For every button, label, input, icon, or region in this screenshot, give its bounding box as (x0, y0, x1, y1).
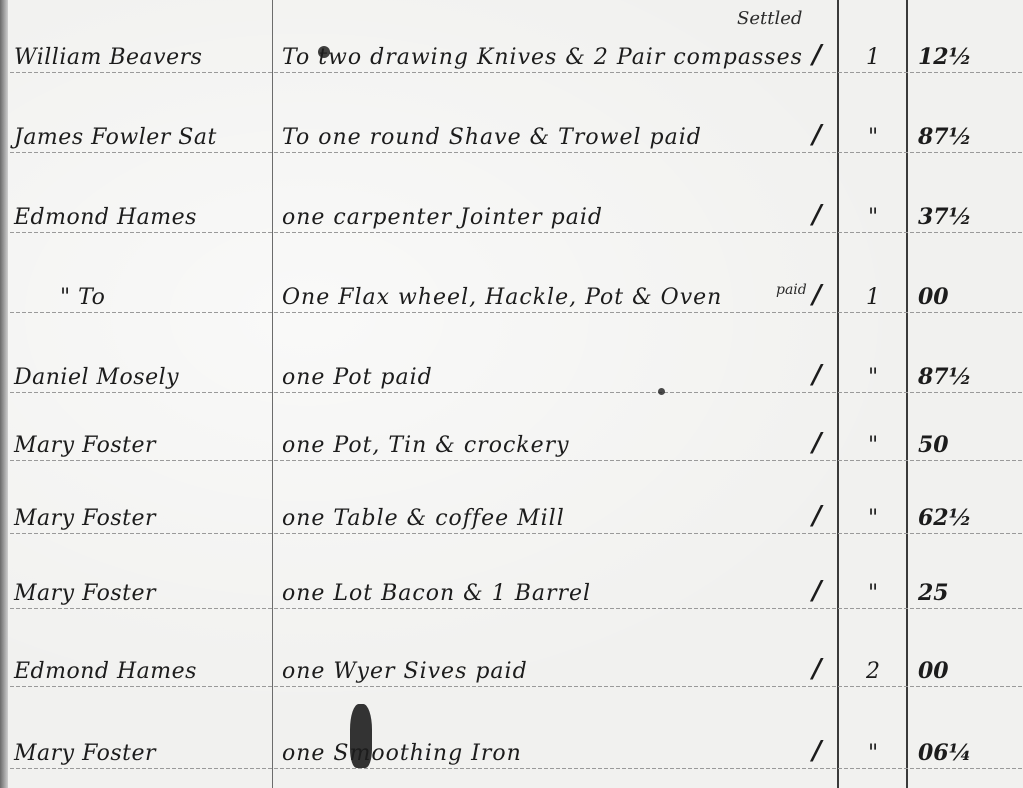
entry-name: Mary Foster (14, 433, 268, 458)
settled-mark: / (812, 654, 822, 684)
entry-cents: 00 (918, 658, 1008, 684)
settled-mark: / (812, 200, 822, 230)
settled-mark: / (812, 501, 822, 531)
entry-cents: 62½ (918, 505, 1008, 531)
entry-cents: 06¼ (918, 740, 1008, 766)
ledger-entry: Mary Foster one Lot Bacon & 1 Barrel / "… (0, 550, 1023, 610)
entry-name: " To (60, 285, 314, 310)
entry-dollars: " (848, 581, 898, 606)
settled-mark: / (812, 120, 822, 150)
entry-cents: 12½ (918, 44, 1008, 70)
ledger-entry: Mary Foster one Smoothing Iron / " 06¼ (0, 710, 1023, 770)
entry-name: Mary Foster (14, 741, 268, 766)
settled-mark: / (812, 428, 822, 458)
entry-name: Mary Foster (14, 506, 268, 531)
ledger-entry: William Beavers To two drawing Knives & … (0, 14, 1023, 74)
entry-item: one Pot paid (282, 365, 802, 390)
entry-dollars: " (848, 205, 898, 230)
entry-item: one Lot Bacon & 1 Barrel (282, 581, 802, 606)
entry-name: James Fowler Sat (14, 125, 268, 150)
entry-cents: 87½ (918, 364, 1008, 390)
entry-dollars: " (848, 741, 898, 766)
entry-name: Edmond Hames (14, 205, 268, 230)
entry-dollars: " (848, 433, 898, 458)
entry-name: Mary Foster (14, 581, 268, 606)
entry-name: Daniel Mosely (14, 365, 268, 390)
ledger-entry: Daniel Mosely one Pot paid / " 87½ (0, 334, 1023, 394)
entry-cents: 87½ (918, 124, 1008, 150)
entry-dollars: 1 (848, 45, 898, 70)
entry-cents: 00 (918, 284, 1008, 310)
entry-name: Edmond Hames (14, 659, 268, 684)
entry-dollars: 2 (848, 659, 898, 684)
entry-dollars: " (848, 506, 898, 531)
settled-mark: / (812, 576, 822, 606)
ledger-entry: " To One Flax wheel, Hackle, Pot & Oven … (0, 254, 1023, 314)
entry-dollars: 1 (848, 285, 898, 310)
entry-dollars: " (848, 365, 898, 390)
entry-cents: 25 (918, 580, 1008, 606)
entry-item: one Smoothing Iron (282, 741, 802, 766)
entry-item: To one round Shave & Trowel paid (282, 125, 802, 150)
settled-mark: / (812, 40, 822, 70)
settled-mark: / (812, 360, 822, 390)
entry-item: To two drawing Knives & 2 Pair compasses (282, 45, 802, 70)
settled-mark: / (812, 280, 822, 310)
ledger-entry: Edmond Hames one Wyer Sives paid / 2 00 (0, 628, 1023, 688)
ledger-entry: James Fowler Sat To one round Shave & Tr… (0, 94, 1023, 154)
settled-mark: / (812, 736, 822, 766)
entry-item: one Wyer Sives paid (282, 659, 802, 684)
entry-item: one Table & coffee Mill (282, 506, 802, 531)
ledger-page: Settled paid William Beavers To two draw… (0, 0, 1023, 788)
entry-item: One Flax wheel, Hackle, Pot & Oven (282, 285, 802, 310)
entry-cents: 50 (918, 432, 1008, 458)
entry-cents: 37½ (918, 204, 1008, 230)
entry-item: one carpenter Jointer paid (282, 205, 802, 230)
entry-item: one Pot, Tin & crockery (282, 433, 802, 458)
entry-name: William Beavers (14, 45, 268, 70)
ledger-entry: Mary Foster one Pot, Tin & crockery / " … (0, 402, 1023, 462)
ledger-entry: Mary Foster one Table & coffee Mill / " … (0, 475, 1023, 535)
ledger-entry: Edmond Hames one carpenter Jointer paid … (0, 174, 1023, 234)
entry-dollars: " (848, 125, 898, 150)
